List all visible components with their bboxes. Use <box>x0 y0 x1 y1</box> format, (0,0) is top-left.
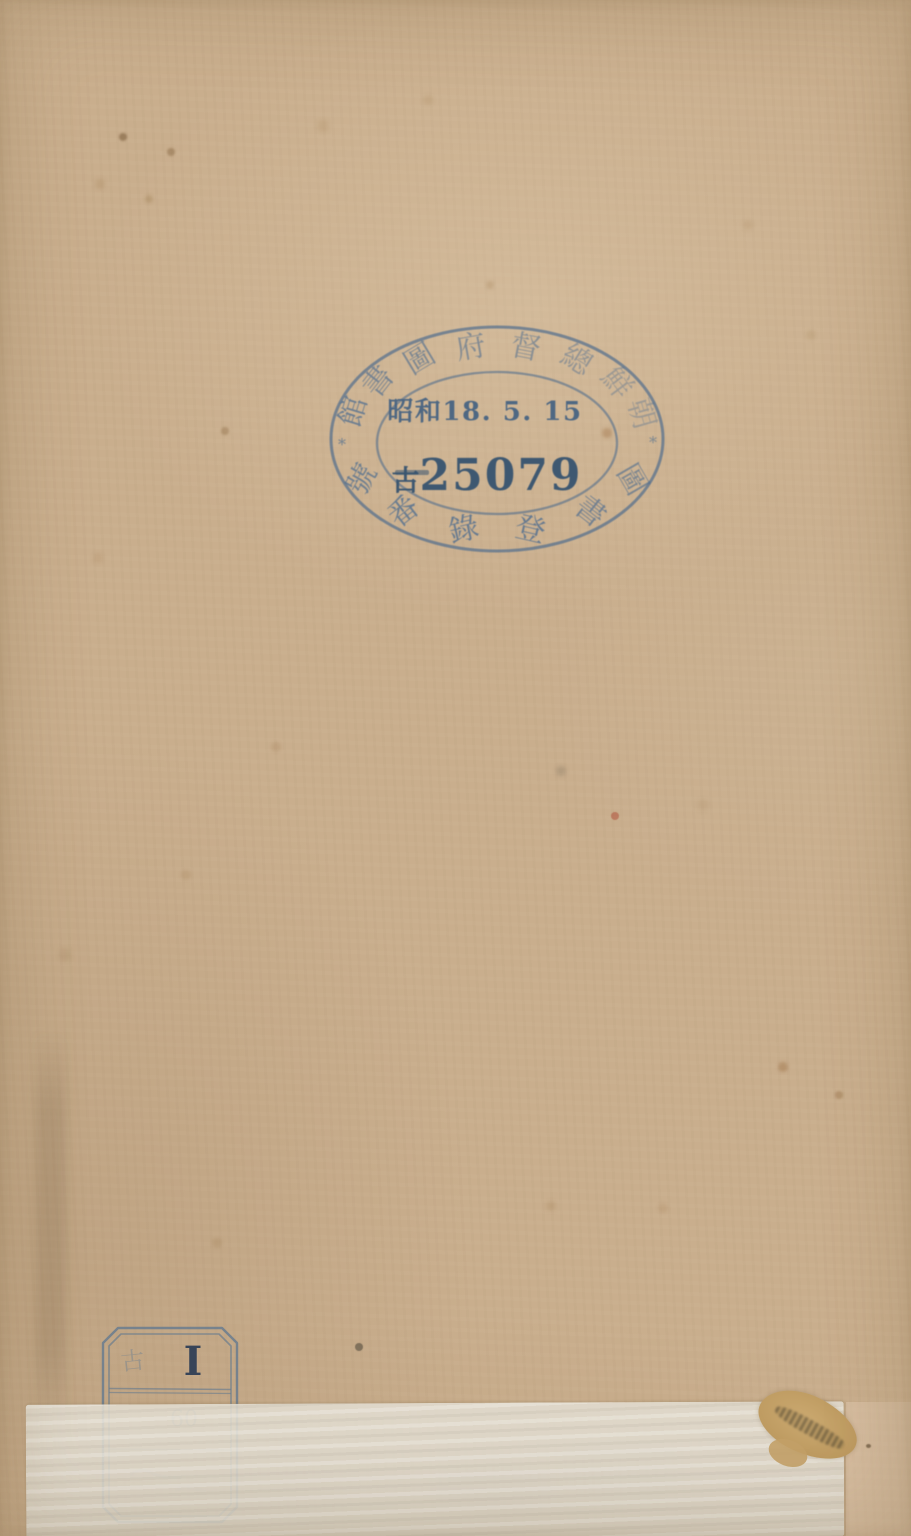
scanned-page: 館 書 圖 府 督 總 鮮 朝 號 番 錄 登 書 圖 * * 昭和18. 5.… <box>0 0 911 1536</box>
stamp-top-arc-char: 鮮 <box>594 360 640 405</box>
stamp-bottom-arc-char: 圖 <box>609 458 654 501</box>
library-oval-stamp: 館 書 圖 府 督 總 鮮 朝 號 番 錄 登 書 圖 * * 昭和18. 5.… <box>325 322 669 560</box>
crease-mark <box>36 1030 66 1430</box>
stamp-number-prefix: 古 <box>391 464 419 497</box>
stamp-left-asterisk: * <box>338 435 346 454</box>
small-stain-dot <box>866 1444 871 1448</box>
stamp-number: 古25079 <box>391 450 582 501</box>
stamp-top-arc-char: 府 <box>453 328 489 368</box>
stamp-top-arc-char: 館 <box>332 392 374 431</box>
stamp-right-asterisk: * <box>649 433 657 452</box>
stamp-outer-ring <box>331 327 663 551</box>
edge-vignette <box>0 0 911 1536</box>
foxing-stains <box>0 0 6 6</box>
stamp-bottom-arc-char: 錄 <box>445 509 482 550</box>
page-bottom-right-area <box>846 1402 911 1536</box>
stamp-top-arc-char: 督 <box>508 328 544 368</box>
stamp-number-digits: 25079 <box>419 450 582 501</box>
stamp-date: 昭和18. 5. 15 <box>387 397 582 427</box>
stamp-bottom-arc-char: 號 <box>339 458 384 501</box>
repair-paper-strip <box>26 1401 845 1536</box>
accession-divider <box>109 1389 231 1390</box>
accession-class-char: 古 <box>119 1346 146 1376</box>
stamp-top-arc-char: 總 <box>555 337 600 383</box>
stamp-top-arc-char: 圖 <box>398 337 442 382</box>
accession-divider <box>109 1393 231 1394</box>
accession-numeral: I <box>184 1338 203 1385</box>
stamp-bottom-arc-char: 登 <box>512 509 549 550</box>
stamp-top-arc-char: 朝 <box>620 394 662 432</box>
